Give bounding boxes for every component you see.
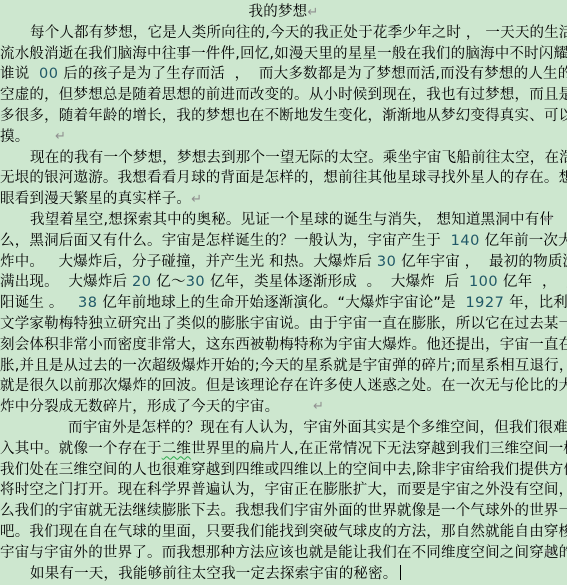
line-break-mark-icon: ↵ (191, 192, 202, 207)
text-run: 入其中。就像一个存在于 (0, 441, 162, 457)
text-run: 吧。我们现在自在气球的里面，只要我们能找到突破气球皮的方法，那自然就能自由穿梭于 (0, 524, 567, 540)
text-run: 亿年，类星体逐渐形成 。 大爆炸 后 (205, 274, 469, 290)
text-line[interactable]: 胀,并且是从过去的一次超级爆炸开始的;今天的星系就是宇宙弹的碎片;而星系相互退行… (0, 356, 567, 377)
text-line[interactable]: 炸中分裂成无数碎片，形成了今天的宇宙。↵ (0, 397, 567, 418)
line-break-mark-icon: ↵ (55, 127, 66, 148)
text-run: 如果有一天，我能够前往太空我一定去探索宇宙的秘密。 (30, 566, 398, 582)
text-line[interactable]: 么我们的宇宙就无法继续膨胀下去。我想我们宇宙外面的世界就像是一个气球外的世界一样 (0, 501, 567, 522)
text-run: 我们处在三维空间的人也很难穿越到四维或四维以上的空间中去,除非宇宙给我们提供方便… (0, 462, 567, 478)
text-run: 文学家勒梅特独立研究出了类似的膨胀宇宙说。由于宇宙一直在膨胀，所以它在过去某一时 (0, 316, 567, 332)
text-run: 炸中。 大爆炸后，分子碰撞，并产生光 和热。大爆炸后 (0, 254, 377, 270)
number-text: 30 (186, 274, 205, 290)
text-line[interactable]: 谁说 00 后的孩子是为了生存而活 ， 而大多数都是为了梦想而活,而没有梦想的人… (0, 64, 567, 85)
text-run: 宇宙与宇宙外的世界了。而我想那种方法应该也就是能让我们在不同维度空间之间穿越的吧… (0, 545, 567, 561)
text-caret (400, 565, 402, 580)
text-run: 将时空之门打开。现在科学界普遍认为，宇宙正在膨胀扩大，而要是宇宙之外没有空间，那 (0, 482, 567, 498)
text-line[interactable]: 吧。我们现在自在气球的里面，只要我们能找到突破气球皮的方法，那自然就能自由穿梭于 (0, 522, 567, 543)
line-break-mark-icon: ↵ (307, 5, 318, 20)
text-line[interactable]: 而宇宙外是怎样的？现在有人认为，宇宙外面其实是个多维空间，但我们很难进 (0, 418, 567, 439)
number-text: 140 (451, 233, 480, 249)
text-line[interactable]: 每个人都有梦想，它是人类所向往的,今天的我正处于花季少年之时 ， 一天天的生活如 (0, 23, 567, 44)
text-line[interactable]: 刻会体积非常小而密度非常大，这东西被勒梅特称为宇宙大爆炸。他还提出，宇宙一直在膨 (0, 335, 567, 356)
text-run: 每个人都有梦想，它是人类所向往的,今天的我正处于花季少年之时 ， 一天天的生活如 (30, 25, 567, 41)
text-run: 就是很久以前那次爆炸的回波。但是该理论存在许多使人迷惑之处。在一次无与伦比的大爆 (0, 378, 567, 394)
text-line[interactable]: 入其中。就像一个存在于二维世界里的扁片人,在正常情况下无法穿越到我们三维空间一样… (0, 439, 567, 460)
text-run: 后的孩子是为了生存而活 ， 而大多数都是为了梦想而活,而没有梦想的人生的 (58, 66, 567, 82)
text-run: 刻会体积非常小而密度非常大，这东西被勒梅特称为宇宙大爆炸。他还提出，宇宙一直在膨 (0, 337, 567, 353)
line-break-mark-icon: ↵ (313, 397, 324, 418)
text-run: 亿年前一次大爆 (480, 233, 567, 249)
text-run: 年，比利时天 (504, 295, 567, 311)
text-line[interactable]: 无垠的银河遨游。我想看看月球的背面是怎样的，想前往其他星球寻找外星人的存在。想亲 (0, 168, 567, 189)
text-run: 谁说 (0, 66, 39, 82)
text-line[interactable]: 流水般消逝在我们脑海中往事一件件,回忆,如漫天里的星星一般在我们的脑海中不时闪耀… (0, 44, 567, 65)
line-break-mark-icon: ↵ (545, 543, 556, 564)
text-line[interactable]: 阳诞生 。 38 亿年前地球上的生命开始逐渐演化。“大爆炸宇宙论”是 1927 … (0, 293, 567, 314)
text-run: 现在的我有一个梦想，梦想去到那个一望无际的太空。乘坐宇宙飞船前往太空，在浩瀚 (30, 150, 567, 166)
number-text: 100 (469, 274, 498, 290)
text-line[interactable]: 多很多，随着年龄的增长，我的梦想也在不断地发生变化，渐渐地从梦幻变得真实、可以触 (0, 106, 567, 127)
text-line[interactable]: 如果有一天，我能够前往太空我一定去探索宇宙的秘密。 (0, 564, 567, 585)
text-run: 胀,并且是从过去的一次超级爆炸开始的;今天的星系就是宇宙弹的碎片;而星系相互退行… (0, 358, 567, 374)
text-run: 空虚的，但梦想总是随着思想的前进而改变的。从小时候到现在，我也有过梦想，而且是很 (0, 87, 567, 103)
text-run: 眼看到漫天繁星的真实样子。 (0, 191, 191, 207)
text-run: 亿年 ， 太 (498, 274, 567, 290)
line-break-mark-icon: ↵ (543, 210, 554, 231)
text-run: 无垠的银河遨游。我想看看月球的背面是怎样的，想前往其他星球寻找外星人的存在。想亲 (0, 170, 567, 186)
text-line[interactable]: 满出现。 大爆炸后 20 亿～30 亿年，类星体逐渐形成 。 大爆炸 后 100… (0, 272, 567, 293)
text-run: 摸。 (0, 129, 29, 145)
text-run: 么，黑洞后面又有什么。宇宙是怎样诞生的？一般认为，宇宙产生于 (0, 233, 451, 249)
text-run: 么我们的宇宙就无法继续膨胀下去。我想我们宇宙外面的世界就像是一个气球外的世界一样 (0, 503, 567, 519)
text-line[interactable]: 么，黑洞后面又有什么。宇宙是怎样诞生的？一般认为，宇宙产生于 140 亿年前一次… (0, 231, 567, 252)
text-line[interactable]: 我们处在三维空间的人也很难穿越到四维或四维以上的空间中去,除非宇宙给我们提供方便… (0, 460, 567, 481)
text-line[interactable]: 文学家勒梅特独立研究出了类似的膨胀宇宙说。由于宇宙一直在膨胀，所以它在过去某一时 (0, 314, 567, 335)
text-run: 满出现。 大爆炸后 (0, 274, 132, 290)
number-text: 30 (377, 254, 396, 270)
text-run: 而宇宙外是怎样的？现在有人认为，宇宙外面其实是个多维空间，但我们很难进 (68, 420, 567, 436)
text-run: 我的梦想 (249, 4, 308, 20)
number-text: 20 (132, 274, 151, 290)
text-line[interactable]: 炸中。 大爆炸后，分子碰撞，并产生光 和热。大爆炸后 30 亿年宇宙 ， 最初的… (0, 252, 567, 273)
text-line[interactable]: 就是很久以前那次爆炸的回波。但是该理论存在许多使人迷惑之处。在一次无与伦比的大爆 (0, 376, 567, 397)
text-run: 亿年前地球上的生命开始逐渐演化。“大爆炸宇宙论”是 (98, 295, 466, 311)
text-line[interactable]: 宇宙与宇宙外的世界了。而我想那种方法应该也就是能让我们在不同维度空间之间穿越的吧… (0, 543, 567, 564)
text-line[interactable]: 我望着星空,想探索其中的奥秘。见证一个星球的诞生与消失， 想知道黑洞中有什↵ (0, 210, 567, 231)
text-run: 我望着星空,想探索其中的奥秘。见证一个星球的诞生与消失， 想知道黑洞中有什 (30, 212, 554, 228)
text-run: 亿～ (151, 274, 185, 290)
text-line[interactable]: 现在的我有一个梦想，梦想去到那个一望无际的太空。乘坐宇宙飞船前往太空，在浩瀚 (0, 148, 567, 169)
text-run: 炸中分裂成无数碎片，形成了今天的宇宙。 (0, 399, 279, 415)
text-run: 多很多，随着年龄的增长，我的梦想也在不断地发生变化，渐渐地从梦幻变得真实、可以触 (0, 108, 567, 124)
text-line[interactable]: 眼看到漫天繁星的真实样子。↵ (0, 189, 567, 210)
spellcheck-underlined-text: 二维 (162, 441, 191, 457)
text-line[interactable]: 摸。↵ (0, 127, 567, 148)
number-text: 38 (78, 295, 97, 311)
text-run: 世界里的扁片人,在正常情况下无法穿越到我们三维空间一样， (191, 441, 567, 457)
document-page[interactable]: 我的梦想↵每个人都有梦想，它是人类所向往的,今天的我正处于花季少年之时 ， 一天… (0, 0, 567, 585)
text-run: 流水般消逝在我们脑海中往事一件件,回忆,如漫天里的星星一般在我们的脑海中不时闪耀… (0, 46, 567, 62)
text-run: 亿年宇宙 ， 最初的物质涟 (396, 254, 567, 270)
text-line[interactable]: 将时空之门打开。现在科学界普遍认为，宇宙正在膨胀扩大，而要是宇宙之外没有空间，那 (0, 480, 567, 501)
text-line[interactable]: 空虚的，但梦想总是随着思想的前进而改变的。从小时候到现在，我也有过梦想，而且是很 (0, 85, 567, 106)
document-title[interactable]: 我的梦想↵ (0, 2, 567, 23)
text-run: 阳诞生 。 (0, 295, 78, 311)
number-text: 1927 (465, 295, 504, 311)
number-text: 00 (39, 66, 58, 82)
